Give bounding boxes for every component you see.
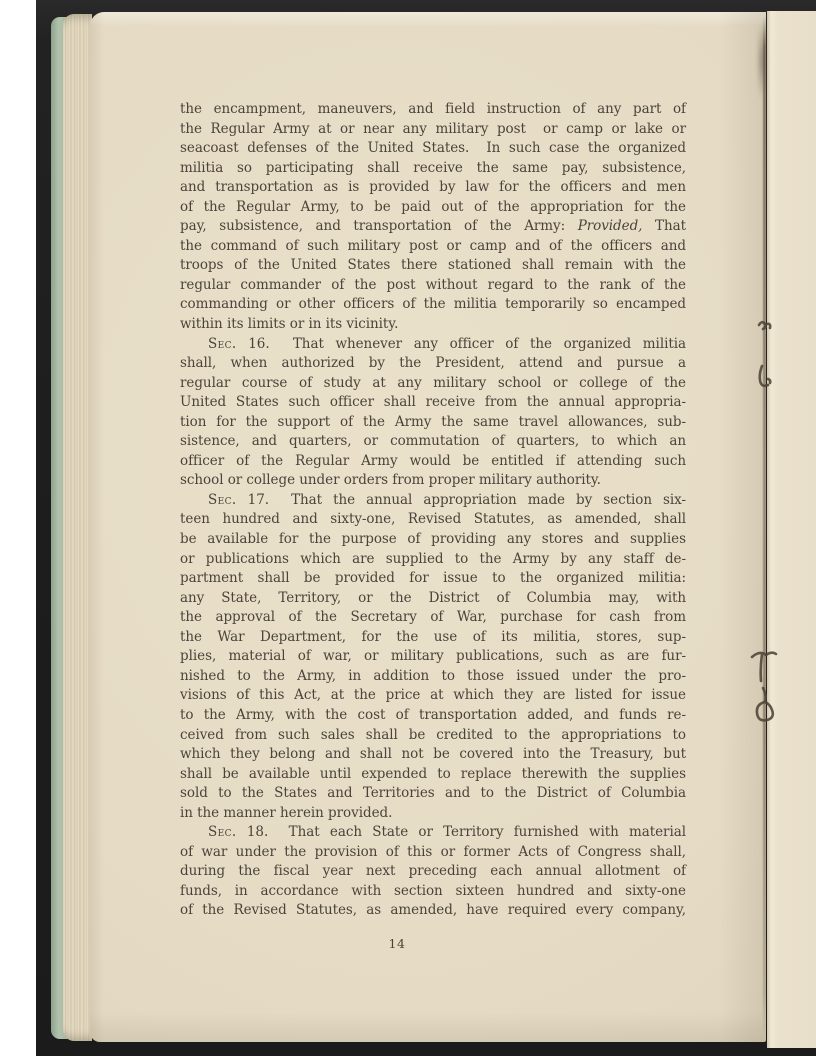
text-line: during the fiscal year next preceding ea… <box>180 862 686 882</box>
text-line: funds, in accordance with section sixtee… <box>180 882 686 902</box>
text-line: the command of such military post or cam… <box>180 237 686 257</box>
page-text: the encampment, maneuvers, and field ins… <box>180 100 686 921</box>
text-line: the Regular Army at or near any military… <box>180 120 686 140</box>
thread-mark <box>761 654 762 681</box>
text-line: tion for the support of the Army the sam… <box>180 413 686 433</box>
text-line: the encampment, maneuvers, and field ins… <box>180 100 686 120</box>
text-line: commanding or other officers of the mili… <box>180 295 686 315</box>
text-line: any State, Territory, or the District of… <box>180 589 686 609</box>
thread-mark <box>759 322 766 329</box>
text-line: of the Regular Army, to be paid out of t… <box>180 198 686 218</box>
text-line: school or college under orders from prop… <box>180 471 686 491</box>
text-line: officer of the Regular Army would be ent… <box>180 452 686 472</box>
text-line: to the Army, with the cost of transporta… <box>180 706 686 726</box>
text-line: the War Department, for the use of its m… <box>180 628 686 648</box>
binding-thread-marks <box>735 300 795 740</box>
thread-mark <box>760 366 768 386</box>
text-line: of the Revised Statutes, as amended, hav… <box>180 901 686 921</box>
text-line: nished to the Army, in addition to those… <box>180 667 686 687</box>
text-line: troops of the United States there statio… <box>180 256 686 276</box>
white-scan-margin <box>0 0 36 1056</box>
text-line: visions of this Act, at the price at whi… <box>180 686 686 706</box>
page-edge-stack <box>63 14 92 1041</box>
text-line: Sec. 17. That the annual appropriation m… <box>180 491 686 511</box>
text-line: seacoast defenses of the United States. … <box>180 139 686 159</box>
text-line: partment shall be provided for issue to … <box>180 569 686 589</box>
thread-mark <box>763 688 766 702</box>
text-line: teen hundred and sixty-one, Revised Stat… <box>180 510 686 530</box>
text-line: Sec. 18. That each State or Territory fu… <box>180 823 686 843</box>
thread-mark <box>768 379 770 383</box>
text-line: sistence, and quarters, or commutation o… <box>180 432 686 452</box>
text-line: within its limits or in its vicinity. <box>180 315 686 335</box>
text-line: in the manner herein provided. <box>180 804 686 824</box>
text-line: regular course of study at any military … <box>180 374 686 394</box>
text-line: shall be available until expended to rep… <box>180 765 686 785</box>
text-line: pay, subsistence, and transportation of … <box>180 217 686 237</box>
gutter-shadow <box>757 24 767 129</box>
text-line: be available for the purpose of providin… <box>180 530 686 550</box>
text-line: shall, when authorized by the President,… <box>180 354 686 374</box>
text-line: or publications which are supplied to th… <box>180 550 686 570</box>
text-line: and transportation as is provided by law… <box>180 178 686 198</box>
text-line: Sec. 16. That whenever any officer of th… <box>180 335 686 355</box>
text-line: United States such officer shall receive… <box>180 393 686 413</box>
text-line: ceived from such sales shall be credited… <box>180 726 686 746</box>
text-line: sold to the States and Territories and t… <box>180 784 686 804</box>
page-number: 14 <box>180 936 614 951</box>
thread-mark <box>752 653 776 657</box>
text-line: which they belong and shall not be cover… <box>180 745 686 765</box>
text-line: of war under the provision of this or fo… <box>180 843 686 863</box>
text-line: plies, material of war, or military publ… <box>180 647 686 667</box>
scanned-book-page: the encampment, maneuvers, and field ins… <box>0 0 816 1056</box>
text-line: the approval of the Secretary of War, pu… <box>180 608 686 628</box>
text-line: regular commander of the post without re… <box>180 276 686 296</box>
thread-mark <box>757 702 773 720</box>
thread-mark <box>767 324 770 328</box>
text-line: militia so participating shall receive t… <box>180 159 686 179</box>
